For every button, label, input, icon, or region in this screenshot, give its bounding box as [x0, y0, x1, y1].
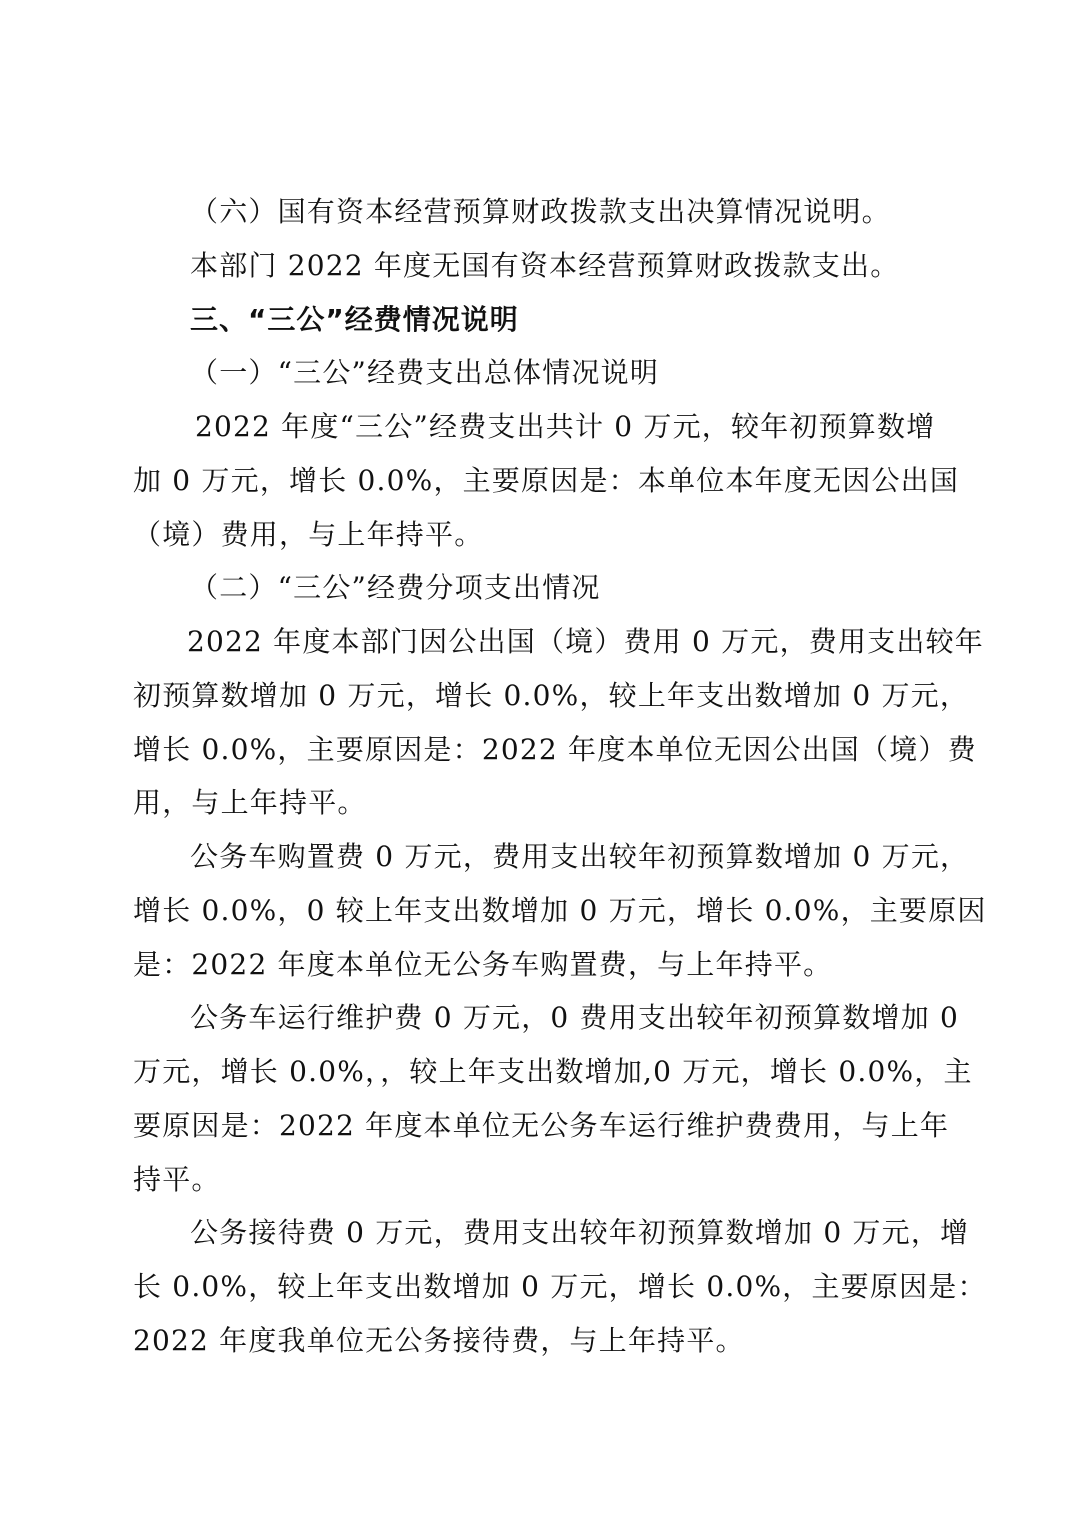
section-3-heading: 三、“三公”经费情况说明 [190, 300, 519, 340]
travel-abroad-line: 2022 年度本部门因公出国（境）费用 0 万元，费用支出较年 [187, 622, 984, 662]
vehicle-maintenance-line: 要原因是：2022 年度本单位无公务车运行维护费费用，与上年 [133, 1106, 949, 1146]
sub-1-heading: （一）“三公”经费支出总体情况说明 [190, 353, 659, 393]
sub-1-body-line: 加 0 万元，增长 0.0%，主要原因是：本单位本年度无因公出国 [133, 461, 959, 501]
section-6-body: 本部门 2022 年度无国有资本经营预算财政拨款支出。 [190, 246, 899, 286]
travel-abroad-line: 用，与上年持平。 [133, 783, 367, 823]
vehicle-purchase-line: 公务车购置费 0 万元，费用支出较年初预算数增加 0 万元， [190, 837, 969, 877]
vehicle-purchase-line: 增长 0.0%，0 较上年支出数增加 0 万元，增长 0.0%，主要原因 [133, 891, 987, 931]
sub-1-body-line: （境）费用，与上年持平。 [133, 515, 483, 555]
travel-abroad-line: 增长 0.0%，主要原因是：2022 年度本单位无因公出国（境）费 [133, 730, 977, 770]
vehicle-purchase-line: 是：2022 年度本单位无公务车购置费，与上年持平。 [133, 945, 832, 985]
reception-line: 公务接待费 0 万元，费用支出较年初预算数增加 0 万元，增 [190, 1213, 969, 1253]
vehicle-maintenance-line: 持平。 [133, 1160, 221, 1200]
section-6-heading: （六）国有资本经营预算财政拨款支出决算情况说明。 [190, 192, 891, 232]
sub-1-body-line: 2022 年度“三公”经费支出共计 0 万元，较年初预算数增 [195, 407, 935, 447]
vehicle-maintenance-line: 公务车运行维护费 0 万元，0 费用支出较年初预算数增加 0 [190, 998, 959, 1038]
sub-2-heading: （二）“三公”经费分项支出情况 [190, 568, 601, 608]
vehicle-maintenance-line: 万元，增长 0.0%，，较上年支出数增加,0 万元，增长 0.0%，主 [133, 1052, 973, 1092]
reception-line: 2022 年度我单位无公务接待费，与上年持平。 [133, 1321, 745, 1361]
reception-line: 长 0.0%，较上年支出数增加 0 万元，增长 0.0%，主要原因是： [133, 1267, 987, 1307]
travel-abroad-line: 初预算数增加 0 万元，增长 0.0%，较上年支出数增加 0 万元， [133, 676, 969, 716]
